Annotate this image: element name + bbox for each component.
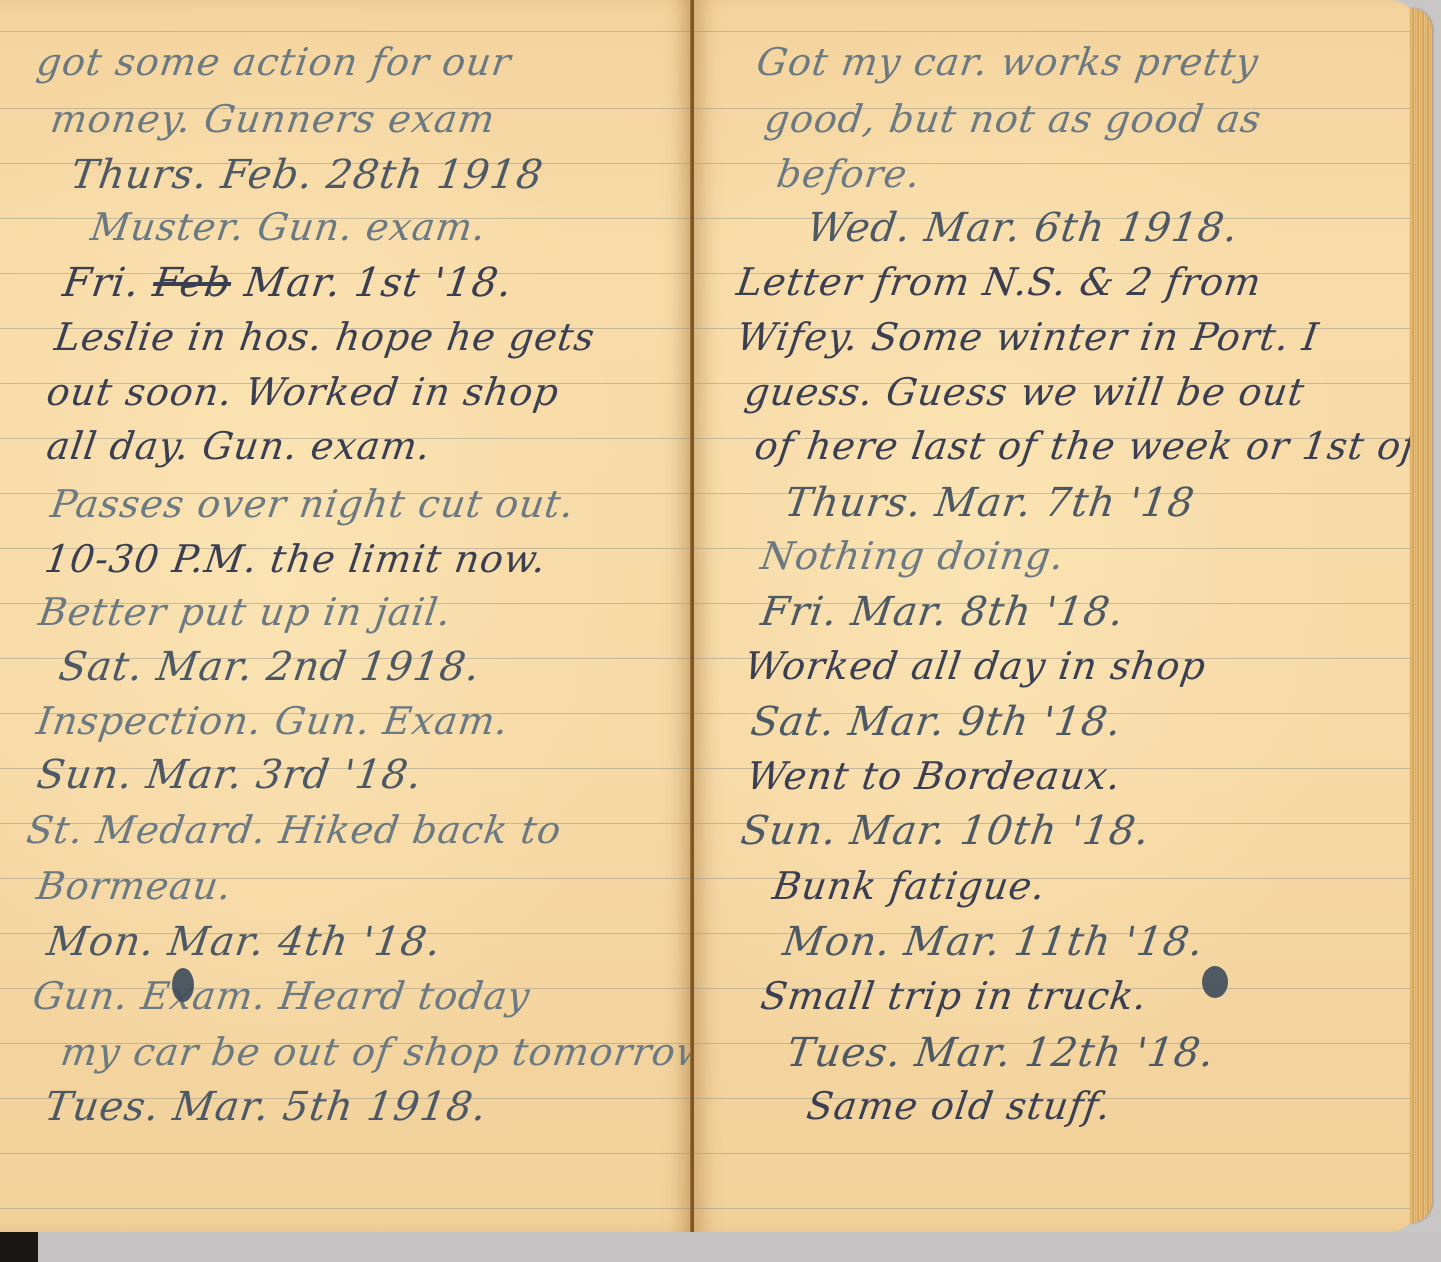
diary-date-heading: Sun. Mar. 10th '18. bbox=[738, 808, 1153, 854]
diary-date-heading: Fri. Feb Mar. 1st '18. bbox=[60, 260, 515, 306]
diary-text-line: Better put up in jail. bbox=[36, 590, 454, 634]
diary-text-line: Bunk fatigue. bbox=[770, 864, 1049, 908]
diary-date-heading: Thurs. Mar. 7th '18 bbox=[782, 480, 1198, 526]
ink-blot bbox=[172, 968, 194, 1002]
diary-date-heading: Wed. Mar. 6th 1918. bbox=[804, 205, 1241, 251]
diary-text-line: out soon. Worked in shop bbox=[44, 370, 562, 414]
diary-text-line: St. Medard. Hiked back to bbox=[24, 808, 564, 852]
diary-text-line: Small trip in truck. bbox=[758, 974, 1150, 1018]
diary-date-heading: Fri. Mar. 8th '18. bbox=[758, 589, 1127, 635]
open-diary: got some action for ourmoney. Gunners ex… bbox=[0, 0, 1441, 1232]
diary-text-line: before. bbox=[774, 152, 924, 196]
diary-date-heading: Tues. Mar. 12th '18. bbox=[784, 1030, 1218, 1076]
right-page-text: Got my car. works prettygood, but not as… bbox=[694, 0, 1416, 1232]
page-edges bbox=[1410, 8, 1432, 1223]
diary-text-line: good, but not as good as bbox=[762, 97, 1264, 141]
diary-text-line: got some action for our bbox=[34, 40, 514, 84]
diary-text-line: Same old stuff. bbox=[804, 1084, 1114, 1128]
diary-text-line: Gun. Exam. Heard today bbox=[30, 974, 533, 1018]
left-page-text: got some action for ourmoney. Gunners ex… bbox=[0, 0, 692, 1232]
diary-text-line: Wifey. Some winter in Port. I bbox=[734, 315, 1322, 359]
diary-date-heading: Mon. Mar. 11th '18. bbox=[780, 919, 1207, 965]
diary-text-line: Bormeau. bbox=[34, 864, 235, 908]
ink-blot bbox=[1202, 966, 1228, 998]
background-surface bbox=[0, 1232, 1441, 1262]
diary-date-heading: Sun. Mar. 3rd '18. bbox=[34, 752, 425, 798]
diary-text-line: Nothing doing. bbox=[758, 534, 1067, 578]
diary-text-line: Went to Bordeaux. bbox=[744, 754, 1124, 798]
diary-date-heading: Mon. Mar. 4th '18. bbox=[44, 919, 444, 965]
left-page: got some action for ourmoney. Gunners ex… bbox=[0, 0, 692, 1232]
diary-text-line: 10-30 P.M. the limit now. bbox=[42, 537, 549, 581]
diary-text-line: Leslie in hos. hope he gets bbox=[52, 315, 598, 359]
diary-text-line: money. Gunners exam bbox=[48, 97, 498, 141]
diary-text-line: Got my car. works pretty bbox=[754, 40, 1262, 84]
diary-text-line: of here last of the week or 1st of month… bbox=[752, 424, 1416, 468]
diary-date-heading: Thurs. Feb. 28th 1918 bbox=[68, 152, 546, 198]
diary-text-line: Muster. Gun. exam. bbox=[88, 205, 489, 249]
diary-text-line: Passes over night cut out. bbox=[48, 482, 577, 526]
diary-text-line: Worked all day in shop bbox=[742, 644, 1209, 688]
diary-text-line: my car be out of shop tomorrow. bbox=[58, 1030, 692, 1074]
diary-text-line: Inspection. Gun. Exam. bbox=[34, 699, 512, 743]
diary-date-heading: Tues. Mar. 5th 1918. bbox=[42, 1084, 490, 1130]
diary-date-heading: Sat. Mar. 2nd 1918. bbox=[56, 644, 483, 690]
diary-text-line: Letter from N.S. & 2 from bbox=[734, 260, 1264, 304]
diary-date-heading: Sat. Mar. 9th '18. bbox=[748, 699, 1125, 745]
book-cover-shadow bbox=[0, 1230, 38, 1262]
diary-text-line: guess. Guess we will be out bbox=[742, 370, 1308, 414]
right-page: Got my car. works prettygood, but not as… bbox=[694, 0, 1416, 1232]
diary-text-line: all day. Gun. exam. bbox=[44, 424, 434, 468]
